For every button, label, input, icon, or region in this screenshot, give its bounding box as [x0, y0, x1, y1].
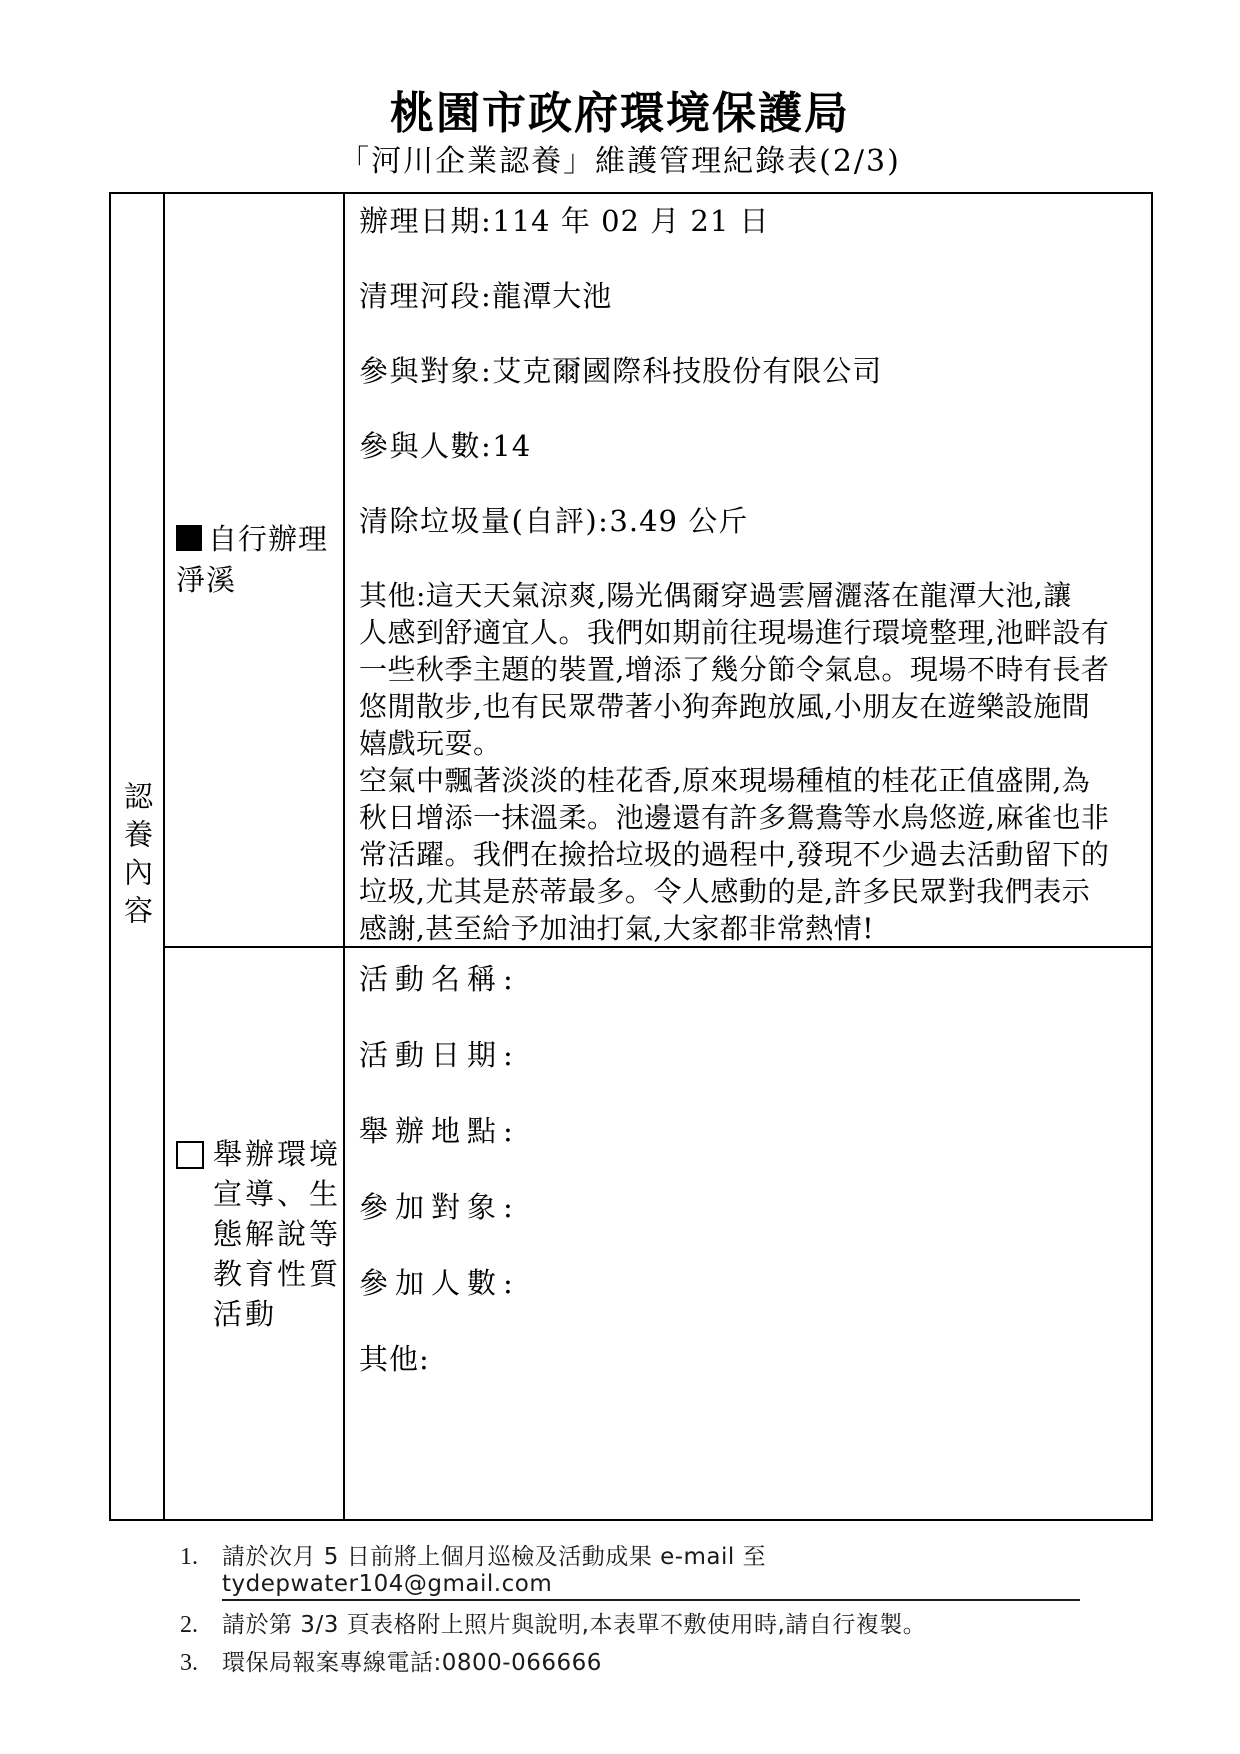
field-river-section: 清理河段:龍潭大池: [359, 277, 1137, 315]
field-attend-count-label: 參加人數:: [359, 1266, 520, 1300]
field-attend-target-label: 參加對象:: [359, 1190, 520, 1224]
note-2-text: 請於第 3/3 頁表格附上照片與說明,本表單不敷使用時,請自行複製。: [222, 1612, 926, 1639]
note-item-3: 3. 環保局報案專線電話:0800-066666: [180, 1650, 1080, 1677]
field-attend-count: 參加人數:: [359, 1264, 1137, 1302]
section2-content-cell: 活動名稱: 活動日期: 舉辦地點: 參加對象: 參加人數: 其他:: [345, 948, 1151, 1519]
section2-checkbox-label: 舉辦環境 宣導、生 態解說等 教育性質 活動: [213, 1134, 341, 1334]
note-3-text: 環保局報案專線電話:0800-066666: [222, 1650, 602, 1677]
field-participant-org-label: 參與對象:: [359, 354, 492, 388]
field-participant-org: 參與對象:艾克爾國際科技股份有限公司: [359, 352, 1137, 390]
section2-other-remark: 其他:: [359, 1340, 1137, 1378]
field-event-location: 舉辦地點:: [359, 1112, 1137, 1150]
field-handle-date-label: 辦理日期:: [359, 204, 492, 238]
section1-checkbox-group: 自行辦理 淨溪: [176, 519, 328, 601]
field-participant-org-value: 艾克爾國際科技股份有限公司: [492, 354, 882, 388]
field-participant-count-label: 參與人數:: [359, 429, 492, 463]
field-trash-amount: 清除垃圾量(自評):3.49 公斤: [359, 502, 1137, 540]
note-1-number: 1.: [180, 1544, 222, 1571]
document-title: 桃園市政府環境保護局: [0, 88, 1240, 140]
note-3-number: 3.: [180, 1650, 222, 1677]
document-subtitle: 「河川企業認養」維護管理紀錄表(2/3): [0, 142, 1240, 182]
row-header-cell: 認養內容: [111, 194, 165, 1519]
section1-other-remark: 其他:這天天氣涼爽,陽光偶爾穿過雲層灑落在龍潭大池,讓 人感到舒適宜人。我們如期…: [359, 577, 1137, 947]
field-handle-date: 辦理日期:114 年 02 月 21 日: [359, 202, 1137, 240]
section2-checkbox-group: 舉辦環境 宣導、生 態解說等 教育性質 活動: [176, 1134, 341, 1334]
document-page: 桃園市政府環境保護局 「河川企業認養」維護管理紀錄表(2/3) 認養內容 自行辦…: [0, 0, 1240, 1754]
field-participant-count: 參與人數:14: [359, 427, 1137, 465]
note-2-number: 2.: [180, 1612, 222, 1639]
section1-checkbox-cell: 自行辦理 淨溪: [165, 194, 345, 948]
field-trash-amount-value: 3.49 公斤: [609, 504, 748, 538]
field-event-location-label: 舉辦地點:: [359, 1114, 520, 1148]
row-header-label: 認養內容: [111, 781, 164, 933]
field-trash-amount-label: 清除垃圾量(自評):: [359, 504, 609, 538]
record-form-table: 認養內容 自行辦理 淨溪 辦理日期:114 年 02 月 21 日 清理河段:龍…: [109, 192, 1153, 1521]
field-river-section-label: 清理河段:: [359, 279, 492, 313]
checked-checkbox-icon[interactable]: [176, 525, 202, 551]
section2-checkbox-cell: 舉辦環境 宣導、生 態解說等 教育性質 活動: [165, 948, 345, 1519]
field-event-name-label: 活動名稱:: [359, 962, 520, 996]
field-river-section-value: 龍潭大池: [492, 279, 612, 313]
field-event-date: 活動日期:: [359, 1036, 1137, 1074]
section1-content-cell: 辦理日期:114 年 02 月 21 日 清理河段:龍潭大池 參與對象:艾克爾國…: [345, 194, 1151, 948]
field-event-date-label: 活動日期:: [359, 1038, 520, 1072]
field-attend-target: 參加對象:: [359, 1188, 1137, 1226]
note-1-text: 請於次月 5 日前將上個月巡檢及活動成果 e-mail 至 tydepwater…: [222, 1544, 1080, 1601]
note-item-2: 2. 請於第 3/3 頁表格附上照片與說明,本表單不敷使用時,請自行複製。: [180, 1612, 1080, 1639]
unchecked-checkbox-icon[interactable]: [176, 1141, 204, 1169]
note-item-1: 1. 請於次月 5 日前將上個月巡檢及活動成果 e-mail 至 tydepwa…: [180, 1544, 1080, 1601]
footer-notes: 1. 請於次月 5 日前將上個月巡檢及活動成果 e-mail 至 tydepwa…: [180, 1544, 1080, 1688]
field-event-name: 活動名稱:: [359, 960, 1137, 998]
field-participant-count-value: 14: [492, 429, 531, 463]
field-handle-date-value: 114 年 02 月 21 日: [492, 204, 769, 238]
